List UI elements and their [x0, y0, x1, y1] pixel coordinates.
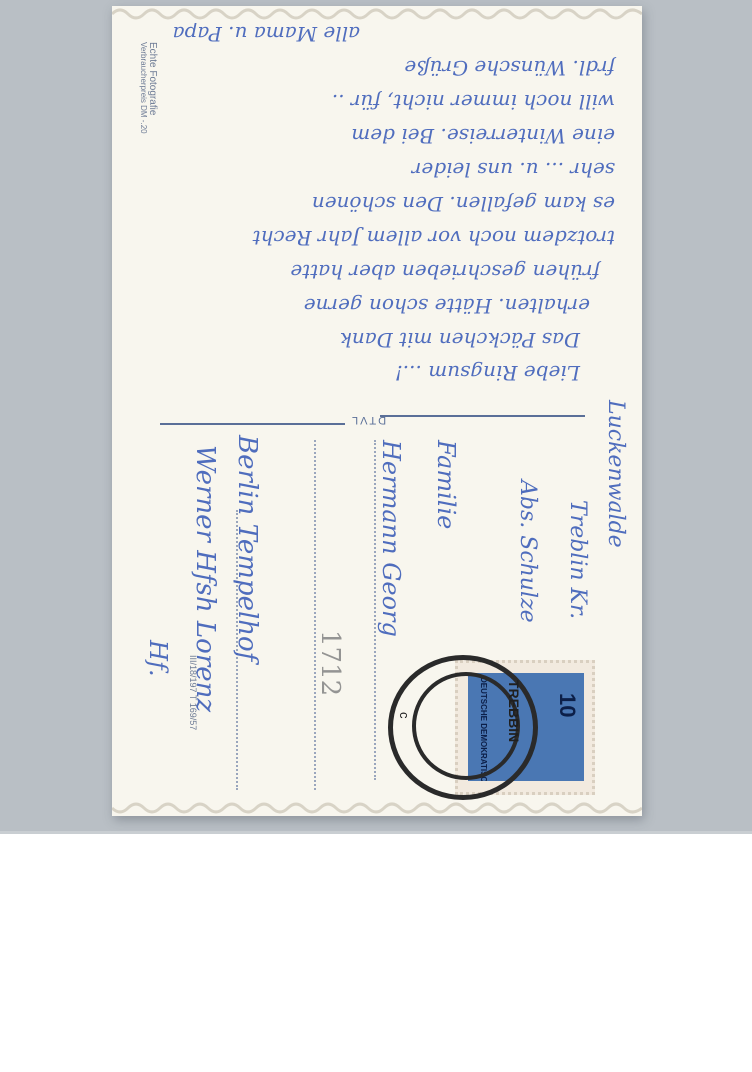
scan-bottom-edge — [0, 831, 752, 834]
message-line: Das Päckchen mit Dank — [340, 328, 580, 352]
postmark-inner-ring — [412, 672, 520, 780]
divider-right — [380, 415, 585, 417]
message-line: frdl. Wünsche Grüße — [404, 56, 615, 80]
message-line: sehr ... u. uns leider — [412, 158, 615, 182]
stamp-value: 10 — [554, 693, 580, 717]
message-line: alle Mama u. Papa — [173, 22, 360, 46]
message-line: eine Winterreise. Bei dem — [351, 124, 615, 148]
address-line-town: Treblin Kr. — [565, 500, 590, 619]
address-line-3 — [374, 440, 376, 780]
postmark-town: TREBBIN — [506, 680, 522, 742]
message-block: Liebe Ringsum ...! Das Päckchen mit Dank… — [140, 10, 620, 390]
address-line-name: Hermann Georg — [377, 440, 405, 637]
sender-line-1: Berlin Tempelhof — [232, 435, 262, 661]
address-line-sender-abs: Abs. Schulze — [515, 480, 540, 623]
address-line-familie: Familie — [432, 440, 460, 529]
sender-line-3: Hf. — [144, 640, 172, 677]
message-line: es kam gefallen. Den schönen — [312, 192, 615, 216]
message-line: erhalten. Hätte schon gerne — [304, 294, 590, 318]
message-line: will noch immer nicht, für .. — [332, 90, 615, 114]
print-code: III/18/197 T 169/57 — [188, 655, 198, 730]
address-line-district: Luckenwalde — [603, 400, 628, 548]
postmark-letter: c — [397, 712, 412, 719]
divider-left — [160, 423, 345, 425]
address-line-2 — [314, 440, 316, 790]
message-line: Liebe Ringsum ...! — [395, 361, 580, 385]
pencil-number: 1712 — [315, 630, 345, 696]
message-line: trotzdem noch vor allem Jahr Recht — [253, 226, 615, 250]
message-line: frühen geschrieben aber hatte — [290, 260, 600, 284]
